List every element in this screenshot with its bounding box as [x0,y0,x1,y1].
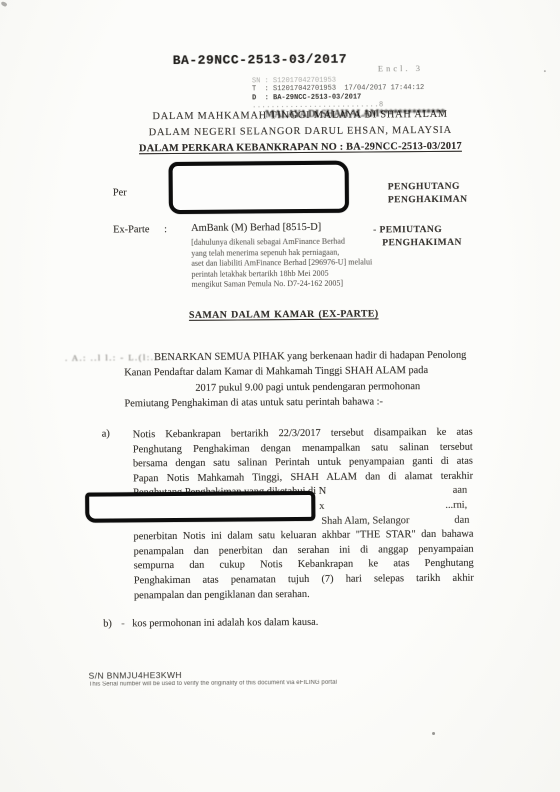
creditor-role-line1: - PEMIUTANG [373,223,462,237]
efiling-stamp: SN : S12017042701953 T : S12017042701953… [252,76,424,111]
item-a-label: a) [102,429,110,440]
scanned-court-document: BA-29NCC-2513-03/2017 Encl. 3 SN : S1201… [0,0,560,792]
address-fragment-2: x [319,500,324,515]
footer-serial-number: S/N BNMJU4HE3KWH [89,670,182,681]
debtor-role-line1: PENGHUTANG [388,180,468,194]
address-fragment-5: dan [454,513,469,528]
bankruptcy-case-line: DALAM PERKARA KEBANKRAPAN NO : BA-29NCC-… [45,138,555,158]
order-line-3-text: 2017 pukul 9.00 pagi untuk pendengaran p… [195,380,420,396]
stamp-serial-line: T : S12017042701953 17/04/2017 17:44:12 [252,84,424,94]
redaction-box-debtor-name [169,161,349,214]
scan-speck [544,70,546,72]
enclosure-label: Encl. 3 [378,63,423,73]
item-a-line: penampalan dan pengiklanan dan serahan. [134,586,474,603]
stray-mark: - [121,618,125,629]
per-label: Per [113,187,127,198]
creditor-role: - PEMIUTANG PENGHAKIMAN [373,223,462,250]
document-title: SAMAN DALAM KAMAR (EX-PARTE) [22,307,546,322]
creditor-vesting-note: [dahulunya dikenali sebagai AmFinance Be… [191,236,372,290]
case-number: BA-29NCC-2513-03/2017 [173,52,347,68]
address-fragment-3: ...rni, [445,499,467,514]
item-b-text: kos permohonan ini adalah kos dalam kaus… [132,617,318,629]
item-b-label: b) [103,618,112,629]
debtor-role: PENGHUTANG PENGHAKIMAN [388,180,468,207]
debtor-role-line2: PENGHAKIMAN [388,193,468,207]
scan-speck [432,732,435,735]
creditor-role-line2: PENGHAKIMAN [373,236,462,250]
court-stamp-overlay: MALAYA DI SHAH ALAM************** [265,107,495,120]
redaction-box-debtor-address [85,491,315,523]
address-fragment-4: Shah Alam, Selangor [321,514,409,529]
address-fragment-1: aan [453,484,468,499]
ex-parte-label: Ex-Parte [113,224,149,235]
stamp-serial-faint: SN : S12017042701953 [252,76,424,86]
creditor-name: AmBank (M) Berhad [8515-D] [191,222,321,234]
scan-content: BA-29NCC-2513-03/2017 Encl. 3 SN : S1201… [0,0,560,792]
footer-verification-note: This Serial number will be used to verif… [89,680,337,688]
order-paragraph: BENARKAN SEMUA PIHAK yang berkenaan hadi… [124,349,472,413]
hearing-date-stamp: . A.: ..l l.: - L.(l:.: . .. [65,352,193,363]
ex-parte-colon: : [164,224,167,235]
creditor-note-line: mengikut Saman Pemula No. D7-24-162 2005… [191,279,372,291]
order-line-4: Pemiutang Penghakiman di atas untuk satu… [124,395,472,413]
